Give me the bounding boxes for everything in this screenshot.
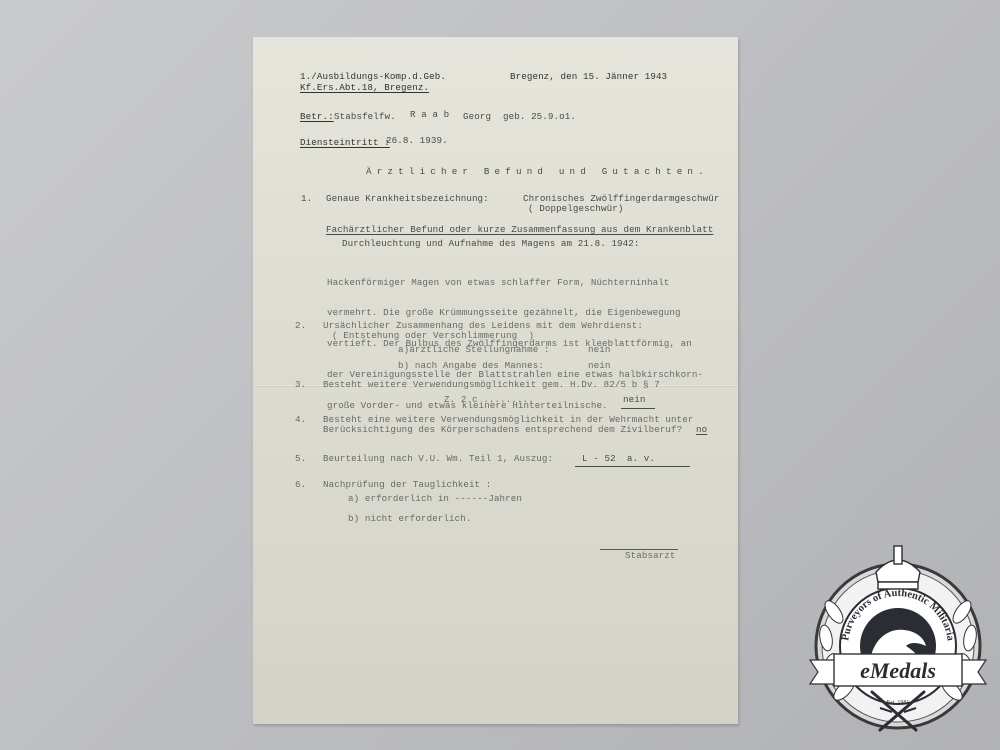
service-entry-label: Diensteintritt : (300, 138, 390, 148)
svg-text:eMedals: eMedals (860, 658, 936, 683)
unit-line-1: 1./Ausbildungs-Komp.d.Geb. (300, 72, 446, 82)
emedals-watermark-logo: Purveyors of Authentic Militaria eMedals… (800, 542, 996, 738)
subject-given-name: Georg (463, 112, 491, 122)
item-6a: a) erforderlich in ------Jahren (348, 494, 522, 504)
item-3-label: Besteht weitere Verwendungsmöglichkeit g… (323, 380, 660, 390)
service-entry-value: 26.8. 1939. (386, 136, 448, 146)
item-2b-value: nein (588, 361, 610, 371)
item-3-value: nein (623, 395, 645, 405)
specialist-heading: Fachärztlicher Befund oder kurze Zusamme… (326, 225, 713, 235)
item-3-value-underline (621, 408, 655, 409)
item-5-label: Beurteilung nach V.U. Wm. Teil 1, Auszug… (323, 454, 553, 464)
subject-birth: geb. 25.9.o1. (503, 112, 576, 122)
item-1-label: Genaue Krankheitsbezeichnung: (326, 194, 489, 204)
item-2b-label: b) nach Angabe des Mannes: (398, 361, 544, 371)
item-4-number: 4. (295, 415, 306, 425)
document-title: Ärztlicher Befund und Gutachten. (366, 167, 709, 177)
item-2a-value: nein (588, 345, 610, 355)
document-page: 1./Ausbildungs-Komp.d.Geb. Kf.Ers.Abt.18… (253, 37, 738, 724)
item-3-number: 3. (295, 380, 306, 390)
item-4-value: no (696, 425, 707, 435)
subject-label: Betr.: (300, 112, 334, 122)
item-6b: b) nicht erforderlich. (348, 514, 472, 524)
findings-line: vermehrt. Die große Krümmungsseite gezäh… (327, 308, 703, 318)
item-3-sub: Z. 2 c ......... (444, 395, 534, 405)
item-1-value-line-2: ( Doppelgeschwür) (528, 204, 623, 214)
item-4-line-2: Berücksichtigung des Körperschadens ents… (323, 425, 682, 435)
item-6-label: Nachprüfung der Tauglichkeit : (323, 480, 491, 490)
item-5-value: L - 52 a. v. (582, 454, 655, 464)
svg-text:Est. 1981: Est. 1981 (887, 700, 910, 706)
specialist-subheading: Durchleuchtung und Aufnahme des Magens a… (342, 239, 640, 249)
subject-surname: R a a b (410, 110, 449, 120)
findings-line: Hackenförmiger Magen von etwas schlaffer… (327, 278, 703, 288)
subject-rank: Stabsfelfw. (334, 112, 396, 122)
item-2a-label: a)ärztliche Stellungnahme : (398, 345, 550, 355)
item-2-sub: ( Entstehung oder Verschlimmerung ) (332, 331, 534, 341)
emedals-crest-icon: Purveyors of Authentic Militaria eMedals… (800, 542, 996, 738)
item-2-number: 2. (295, 321, 306, 331)
item-1-number: 1. (301, 194, 312, 204)
item-6-number: 6. (295, 480, 306, 490)
signature-title: Stabsarzt (625, 551, 676, 561)
item-5-value-underline (575, 466, 690, 467)
place-date: Bregenz, den 15. Jänner 1943 (510, 72, 667, 82)
item-5-number: 5. (295, 454, 306, 464)
unit-line-2: Kf.Ers.Abt.18, Bregenz. (300, 83, 429, 93)
